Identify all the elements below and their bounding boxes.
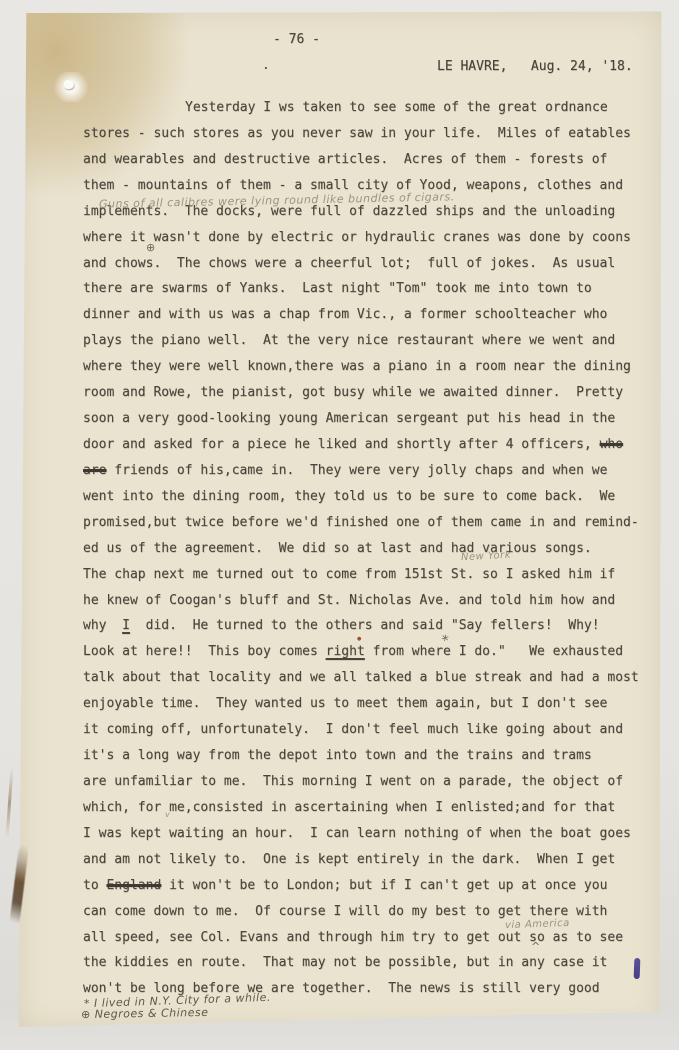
typed-line: it coming off, unfortunately. I don't fe… [83, 717, 658, 743]
edge-scratch-mark [6, 768, 14, 838]
typed-line: are unfamiliar to me. This morning I wen… [83, 769, 658, 795]
via-america-note: via America [505, 918, 570, 931]
typed-line: door and asked for a piece he liked and … [83, 432, 658, 458]
typed-line: I was kept waiting an hour. I can learn … [83, 821, 658, 847]
typed-line: and chows. The chows were a cheerful lot… [83, 251, 658, 277]
red-dot-mark: ● [357, 636, 362, 642]
typed-line: promised,but twice before we'd finished … [83, 510, 658, 536]
typed-line: went into the dining room, they told us … [83, 484, 658, 510]
typed-line: where they were well known,there was a p… [83, 354, 658, 380]
paper-tear-hole [64, 80, 74, 89]
typed-line: dinner and with us was a chap from Vic.,… [83, 302, 658, 328]
typed-line: enjoyable time. They wanted us to meet t… [83, 691, 658, 717]
circled-plus-mark: ⊕ [146, 241, 156, 254]
typed-line: and am not likely to. One is kept entire… [83, 847, 658, 873]
typed-line: talk about that locality and we all talk… [83, 665, 658, 691]
typed-line: it's a long way from the depot into town… [83, 743, 658, 769]
typed-line: stores - such stores as you never saw in… [83, 121, 658, 147]
typed-line: Yesterday I ws taken to see some of the … [83, 95, 658, 121]
typed-line: room and Rowe, the pianist, got busy whi… [83, 380, 658, 406]
letter-body: Yesterday I ws taken to see some of the … [83, 95, 658, 1002]
typed-line: all speed, see Col. Evans and through hi… [83, 925, 658, 951]
stray-period: . [262, 58, 270, 73]
typed-line: to England it won't be to London; but if… [83, 873, 658, 899]
page-number: - 76 - [273, 32, 320, 47]
typed-line: plays the piano well. At the very nice r… [83, 328, 658, 354]
typed-line: are friends of his,came in. They were ve… [83, 458, 658, 484]
typed-line: there are swarms of Yanks. Last night "T… [83, 276, 658, 302]
typed-line: where it wasn't done by electric or hydr… [83, 225, 658, 251]
typed-line: can come down to me. Of course I will do… [83, 899, 658, 925]
check-mark: v [165, 810, 170, 819]
typed-line: The chap next me turned out to come from… [83, 562, 658, 588]
typed-line: why I did. He turned to the others and s… [83, 613, 658, 639]
typed-line: ed us of the agreement. We did so at las… [83, 536, 658, 562]
footnote-negroes-chinese: ⊕ Negroes & Chinese [81, 1006, 209, 1021]
typed-line: soon a very good-looking young American … [83, 406, 658, 432]
typed-line: he knew of Coogan's bluff and St. Nichol… [83, 588, 658, 614]
typed-line: Look at here!! This boy comes right from… [83, 639, 658, 665]
caret-mark: ^ [531, 940, 541, 953]
scan-background: - 76 - LE HAVRE, Aug. 24, '18. Yesterday… [0, 0, 679, 1050]
typed-line: the kiddies en route. That may not be po… [83, 950, 658, 976]
typed-line: and wearables and destructive articles. … [83, 147, 658, 173]
dateline: LE HAVRE, Aug. 24, '18. [437, 59, 633, 74]
